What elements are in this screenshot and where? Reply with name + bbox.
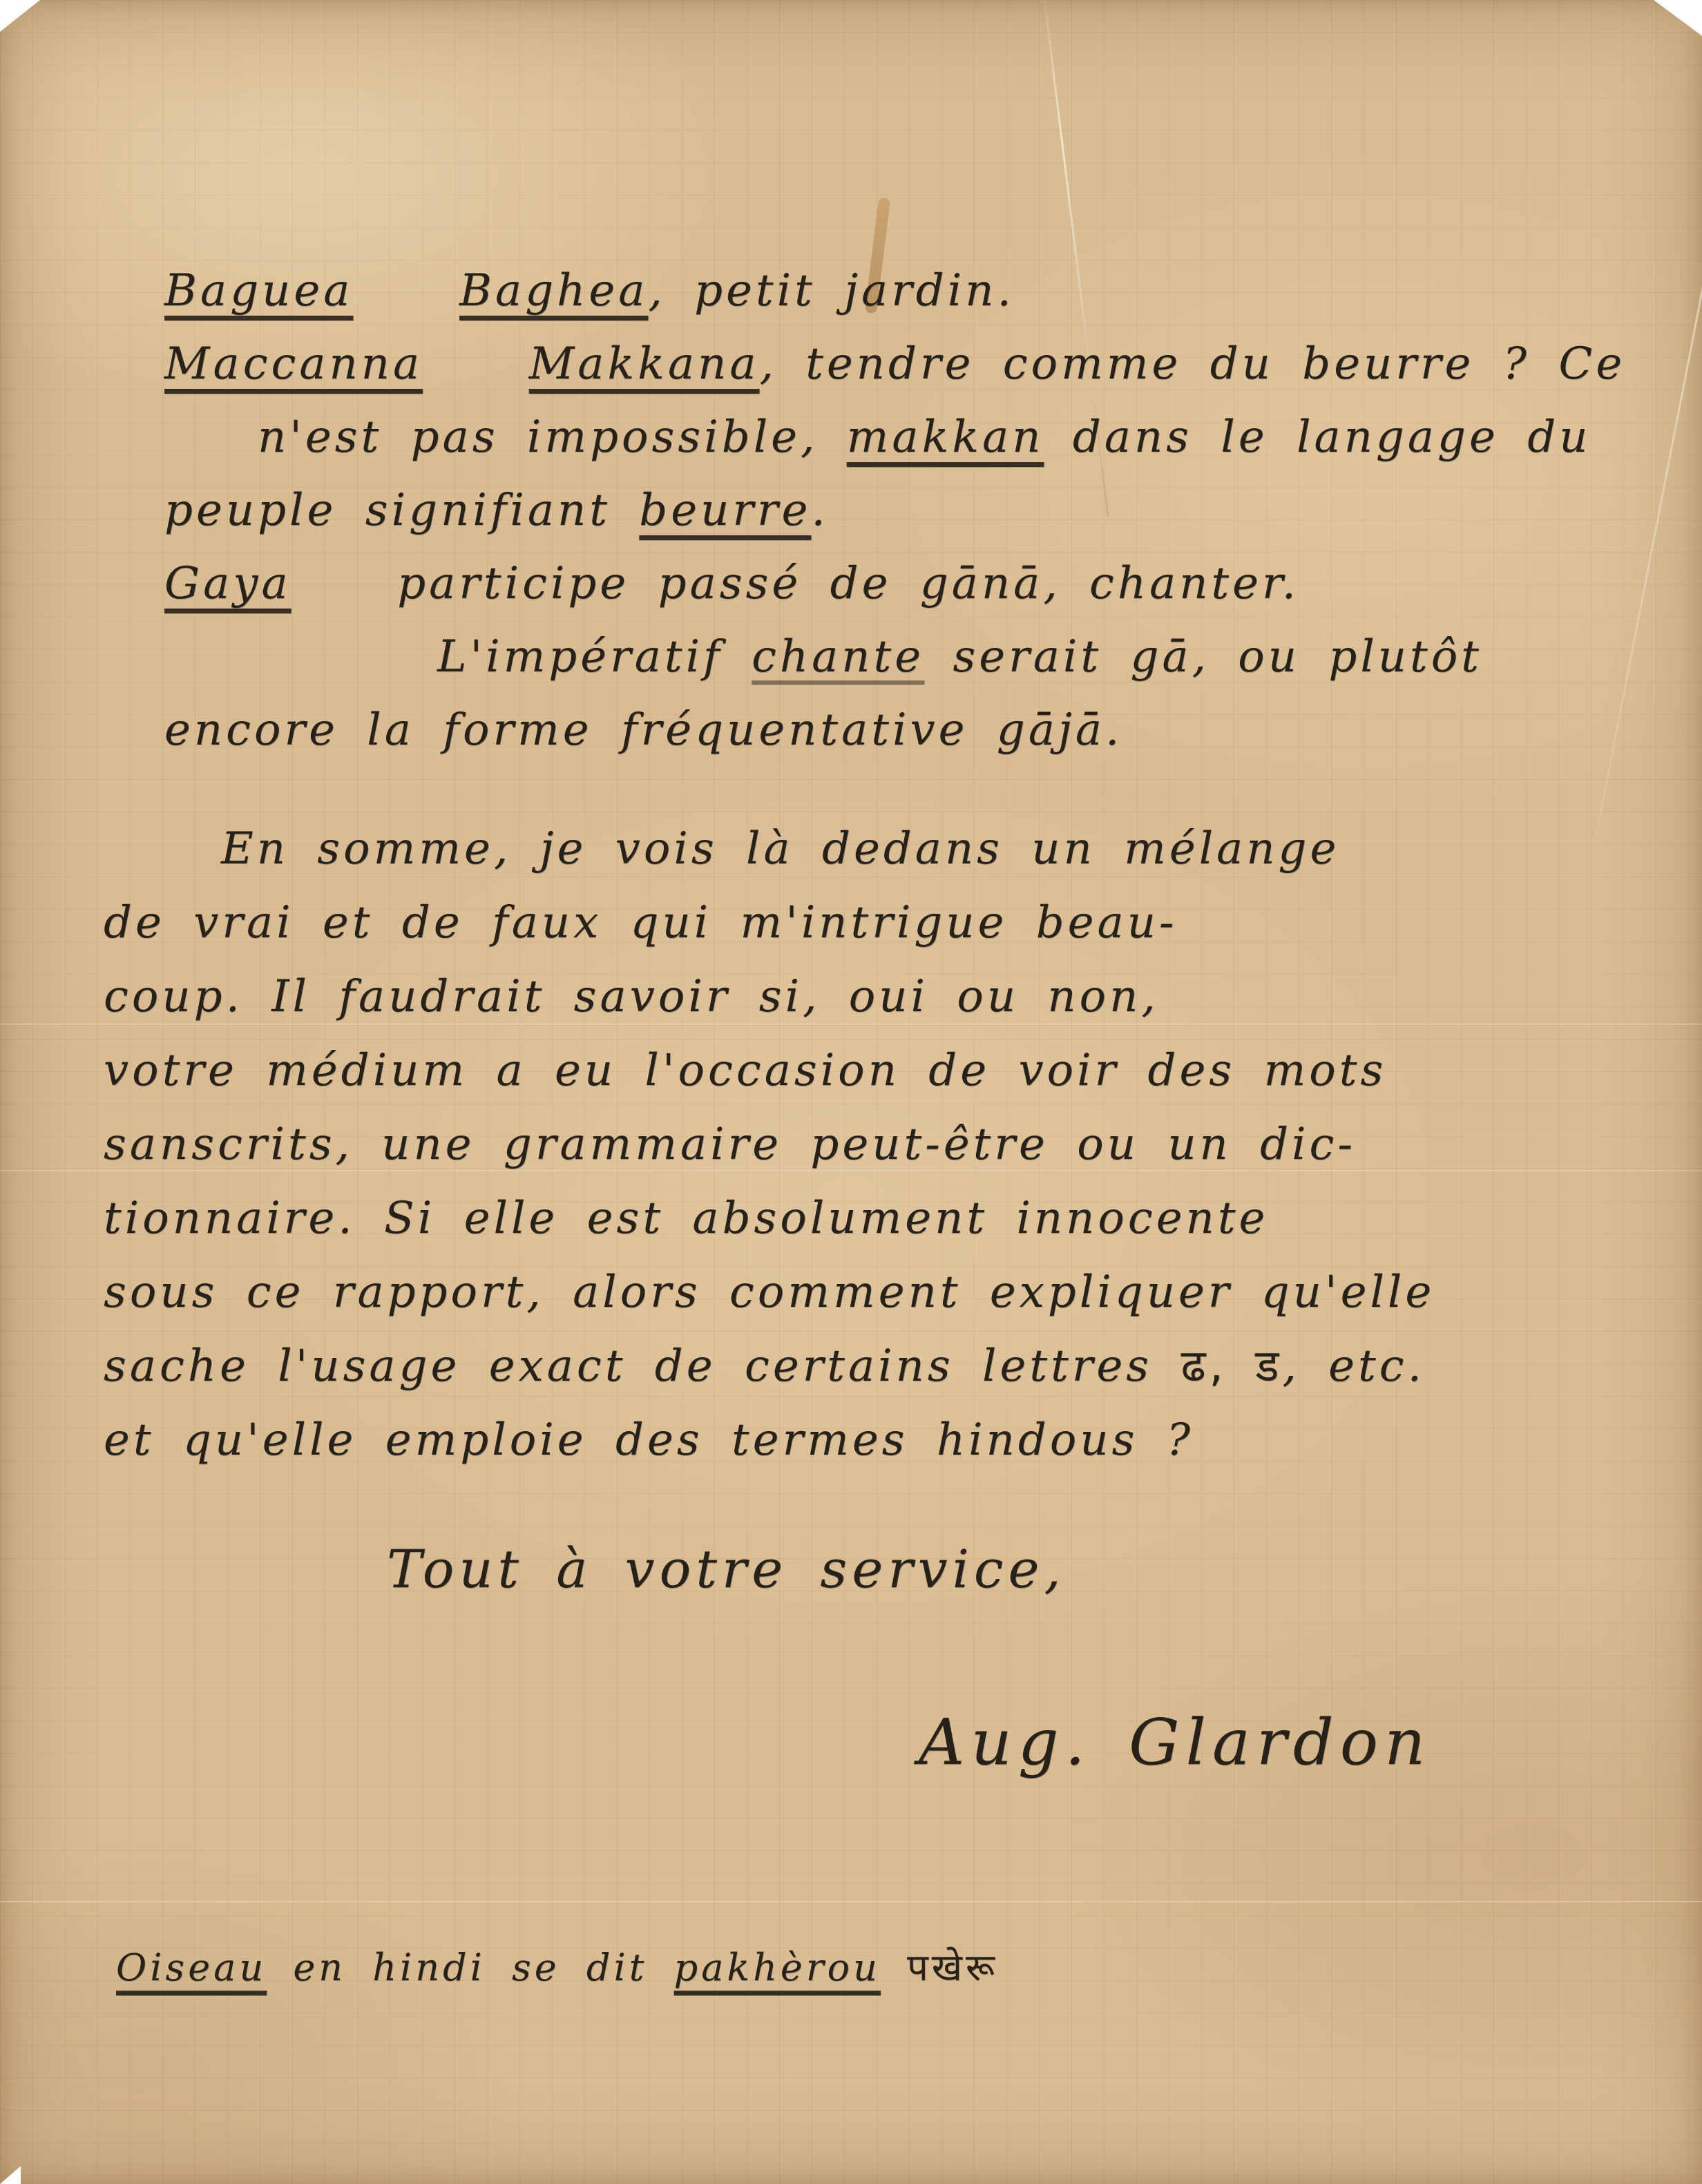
- text-segment: sanscrits, une grammaire peut-être ou un…: [104, 1119, 1356, 1170]
- text-segment: participe passé de gānā, chanter.: [397, 558, 1299, 609]
- handwritten-line: et qu'elle emploie des termes hindous ?: [104, 1404, 1605, 1477]
- handwritten-line: sous ce rapport, alors comment expliquer…: [104, 1256, 1605, 1330]
- text-segment: coup. Il faudrait savoir si, oui ou non,: [104, 971, 1159, 1022]
- devanagari-word: ढ, ड: [1180, 1341, 1282, 1392]
- handwritten-line: n'est pas impossible, makkan dans le lan…: [258, 401, 1605, 474]
- postscript-line: Oiseau en hindi se dit pakhèrou पखेरू: [116, 1933, 1605, 2002]
- text-segment: dans le langage du: [1044, 412, 1591, 463]
- text-segment: serait gā, ou plutôt: [924, 631, 1482, 682]
- letter-content: BagueaBaghea, petit jardin.MaccannaMakka…: [0, 0, 1702, 2184]
- text-segment: votre médium a eu l'occasion de voir des…: [104, 1045, 1386, 1096]
- text-segment: peuple signifiant: [164, 485, 639, 536]
- underlined-word: Makkana: [529, 338, 760, 390]
- text-segment: Aug. Glardon: [919, 1705, 1431, 1779]
- underlined-word: Gaya: [164, 558, 291, 609]
- letter-page: BagueaBaghea, petit jardin.MaccannaMakka…: [0, 0, 1702, 2184]
- handwritten-line: BagueaBaghea, petit jardin.: [164, 254, 1605, 327]
- text-segment: et qu'elle emploie des termes hindous ?: [104, 1415, 1194, 1466]
- text-segment: , petit jardin.: [648, 265, 1014, 316]
- closing-line: Tout à votre service,: [387, 1517, 1605, 1621]
- underlined-word: Baguea: [164, 265, 353, 316]
- letter-body: BagueaBaghea, petit jardin.MaccannaMakka…: [104, 254, 1605, 2002]
- text-segment: encore la forme fréquentative gājā.: [164, 705, 1122, 756]
- underlined-word: Baghea: [459, 265, 648, 316]
- handwritten-line: Gayaparticipe passé de gānā, chanter.: [164, 547, 1605, 620]
- handwritten-line: L'impératif chante serait gā, ou plutôt: [437, 620, 1605, 693]
- text-segment: En somme, je vois là dedans un mélange: [221, 823, 1339, 874]
- underlined-word: makkan: [847, 412, 1044, 463]
- devanagari-word: पखेरू: [907, 1946, 998, 1989]
- underlined-word: beurre: [639, 485, 811, 536]
- handwritten-line: de vrai et de faux qui m'intrigue beau-: [104, 886, 1605, 960]
- text-segment: de vrai et de faux qui m'intrigue beau-: [104, 897, 1178, 948]
- handwritten-line: MaccannaMakkana, tendre comme du beurre …: [164, 327, 1605, 401]
- text-segment: sache l'usage exact de certains lettres: [104, 1341, 1180, 1392]
- handwritten-line: sache l'usage exact de certains lettres …: [104, 1330, 1605, 1404]
- handwritten-line: tionnaire. Si elle est absolument innoce…: [104, 1182, 1605, 1256]
- underlined-word: chante: [752, 631, 924, 682]
- signature: Aug. Glardon: [919, 1687, 1605, 1798]
- handwritten-line: encore la forme fréquentative gājā.: [164, 693, 1605, 767]
- handwritten-line: votre médium a eu l'occasion de voir des…: [104, 1034, 1605, 1108]
- text-segment: , etc.: [1282, 1341, 1424, 1392]
- handwritten-line: peuple signifiant beurre.: [164, 474, 1605, 547]
- text-segment: Tout à votre service,: [387, 1538, 1066, 1600]
- text-segment: n'est pas impossible,: [258, 412, 847, 463]
- text-segment: en hindi se dit: [267, 1946, 673, 1989]
- text-segment: L'impératif: [437, 631, 752, 682]
- underlined-word: pakhèrou: [674, 1946, 881, 1989]
- handwritten-line: sanscrits, une grammaire peut-être ou un…: [104, 1108, 1605, 1182]
- handwritten-line: coup. Il faudrait savoir si, oui ou non,: [104, 960, 1605, 1034]
- underlined-word: Maccanna: [164, 338, 423, 390]
- underlined-word: Oiseau: [116, 1946, 267, 1989]
- text-segment: .: [811, 485, 828, 536]
- text-segment: , tendre comme du beurre ? Ce: [760, 338, 1626, 390]
- text-segment: tionnaire. Si elle est absolument innoce…: [104, 1193, 1268, 1244]
- text-segment: [881, 1946, 907, 1989]
- handwritten-line: En somme, je vois là dedans un mélange: [104, 812, 1605, 886]
- text-segment: sous ce rapport, alors comment expliquer…: [104, 1267, 1435, 1318]
